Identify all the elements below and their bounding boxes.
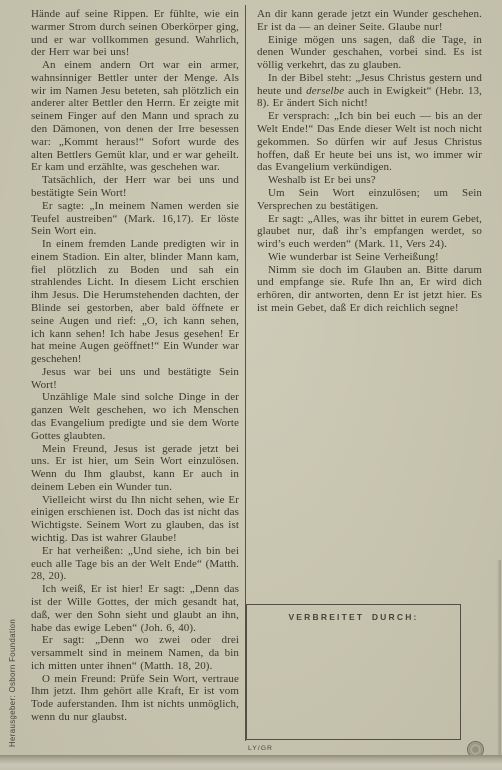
paragraph: Nimm sie doch im Glauben an. Bitte darum…	[257, 264, 482, 315]
paragraph: An dir kann gerade jetzt ein Wunder gesc…	[257, 8, 482, 34]
paragraph: Wie wunderbar ist Seine Verheißung!	[257, 251, 482, 264]
paragraph: Weshalb ist Er bei uns?	[257, 174, 482, 187]
paragraph: Er versprach: „Ich bin bei euch — bis an…	[257, 110, 482, 174]
distribution-box-label: VERBREITET DURCH:	[247, 612, 460, 622]
paragraph: Hände auf seine Rippen. Er fühlte, wie e…	[31, 8, 239, 59]
scanned-tract-page: Herausgeber: Osborn Foundation Hände auf…	[0, 0, 502, 770]
print-code: LY/GR	[248, 745, 273, 752]
publisher-imprint: Herausgeber: Osborn Foundation	[8, 611, 17, 747]
paragraph: Er sagt: „Alles, was ihr bittet in eurem…	[257, 213, 482, 251]
paragraph: Tatsächlich, der Herr war bei uns und be…	[31, 174, 239, 200]
paragraph: In der Bibel steht: „Jesus Christus gest…	[257, 72, 482, 110]
page-right-edge	[497, 560, 502, 770]
paragraph: Um Sein Wort einzulösen; um Sein Verspre…	[257, 187, 482, 213]
paragraph: Mein Freund, Jesus ist gerade jetzt bei …	[31, 443, 239, 494]
paragraph: Er sagte: „In meinem Namen werden sie Te…	[31, 200, 239, 238]
page-bottom-edge	[0, 755, 502, 770]
right-text-column: An dir kann gerade jetzt ein Wunder gesc…	[257, 8, 482, 315]
paragraph: In einem fremden Lande predigten wir in …	[31, 238, 239, 366]
left-text-column: Hände auf seine Rippen. Er fühlte, wie e…	[31, 8, 239, 724]
distribution-box: VERBREITET DURCH:	[246, 604, 461, 740]
paragraph: Unzählige Male sind solche Dinge in der …	[31, 391, 239, 442]
paragraph: An einem andern Ort war ein armer, wahns…	[31, 59, 239, 174]
paragraph: Jesus war bei uns und bestätigte Sein Wo…	[31, 366, 239, 392]
paragraph: Vielleicht wirst du Ihn nicht sehen, wie…	[31, 494, 239, 545]
paragraph: Einige mögen uns sagen, daß die Tage, in…	[257, 34, 482, 72]
paragraph: Er sagt: „Denn wo zwei oder drei versamm…	[31, 634, 239, 672]
paragraph: Ich weiß, Er ist hier! Er sagt: „Denn da…	[31, 583, 239, 634]
paragraph: O mein Freund: Prüfe Sein Wort, vertraue…	[31, 673, 239, 724]
paragraph: Er hat verheißen: „Und siehe, ich bin be…	[31, 545, 239, 583]
